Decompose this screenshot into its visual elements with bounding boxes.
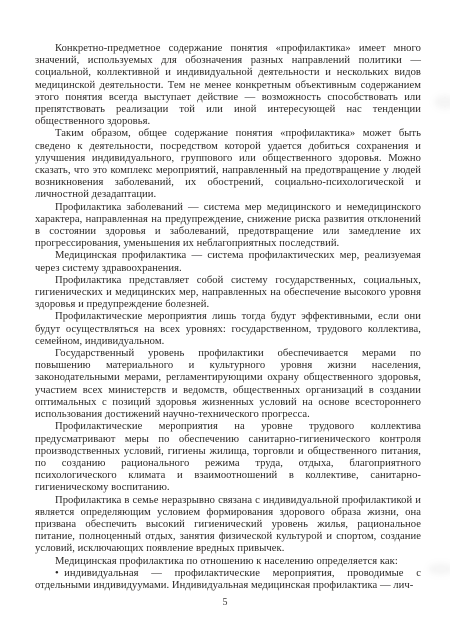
scan-artifact [428, 563, 450, 575]
paragraph: Профилактика представляет собой систему … [35, 275, 421, 312]
bullet-paragraph: • индивидуальная — профилактические меро… [35, 568, 421, 592]
paragraph: Профилактические мероприятия на уровне т… [35, 421, 421, 494]
paragraph: Профилактика заболеваний — система мер м… [35, 202, 421, 251]
paragraph: Профилактика в семье неразрывно связана … [35, 495, 421, 556]
paragraph: Медицинская профилактика — система профи… [35, 250, 421, 274]
paragraph: Профилактические мероприятия лишь тогда … [35, 311, 421, 348]
paragraph: Государственный уровень профилактики обе… [35, 348, 421, 421]
scanned-document-page: Конкретно-предметное содержание понятия … [0, 0, 450, 623]
paragraph: Конкретно-предметное содержание понятия … [35, 43, 421, 128]
page-number: 5 [0, 597, 450, 608]
paragraph: Таким образом, общее содержание понятия … [35, 128, 421, 201]
body-text: Конкретно-предметное содержание понятия … [35, 43, 421, 592]
paragraph: Медицинская профилактика по отношению к … [35, 556, 421, 568]
scan-artifact [434, 95, 450, 109]
